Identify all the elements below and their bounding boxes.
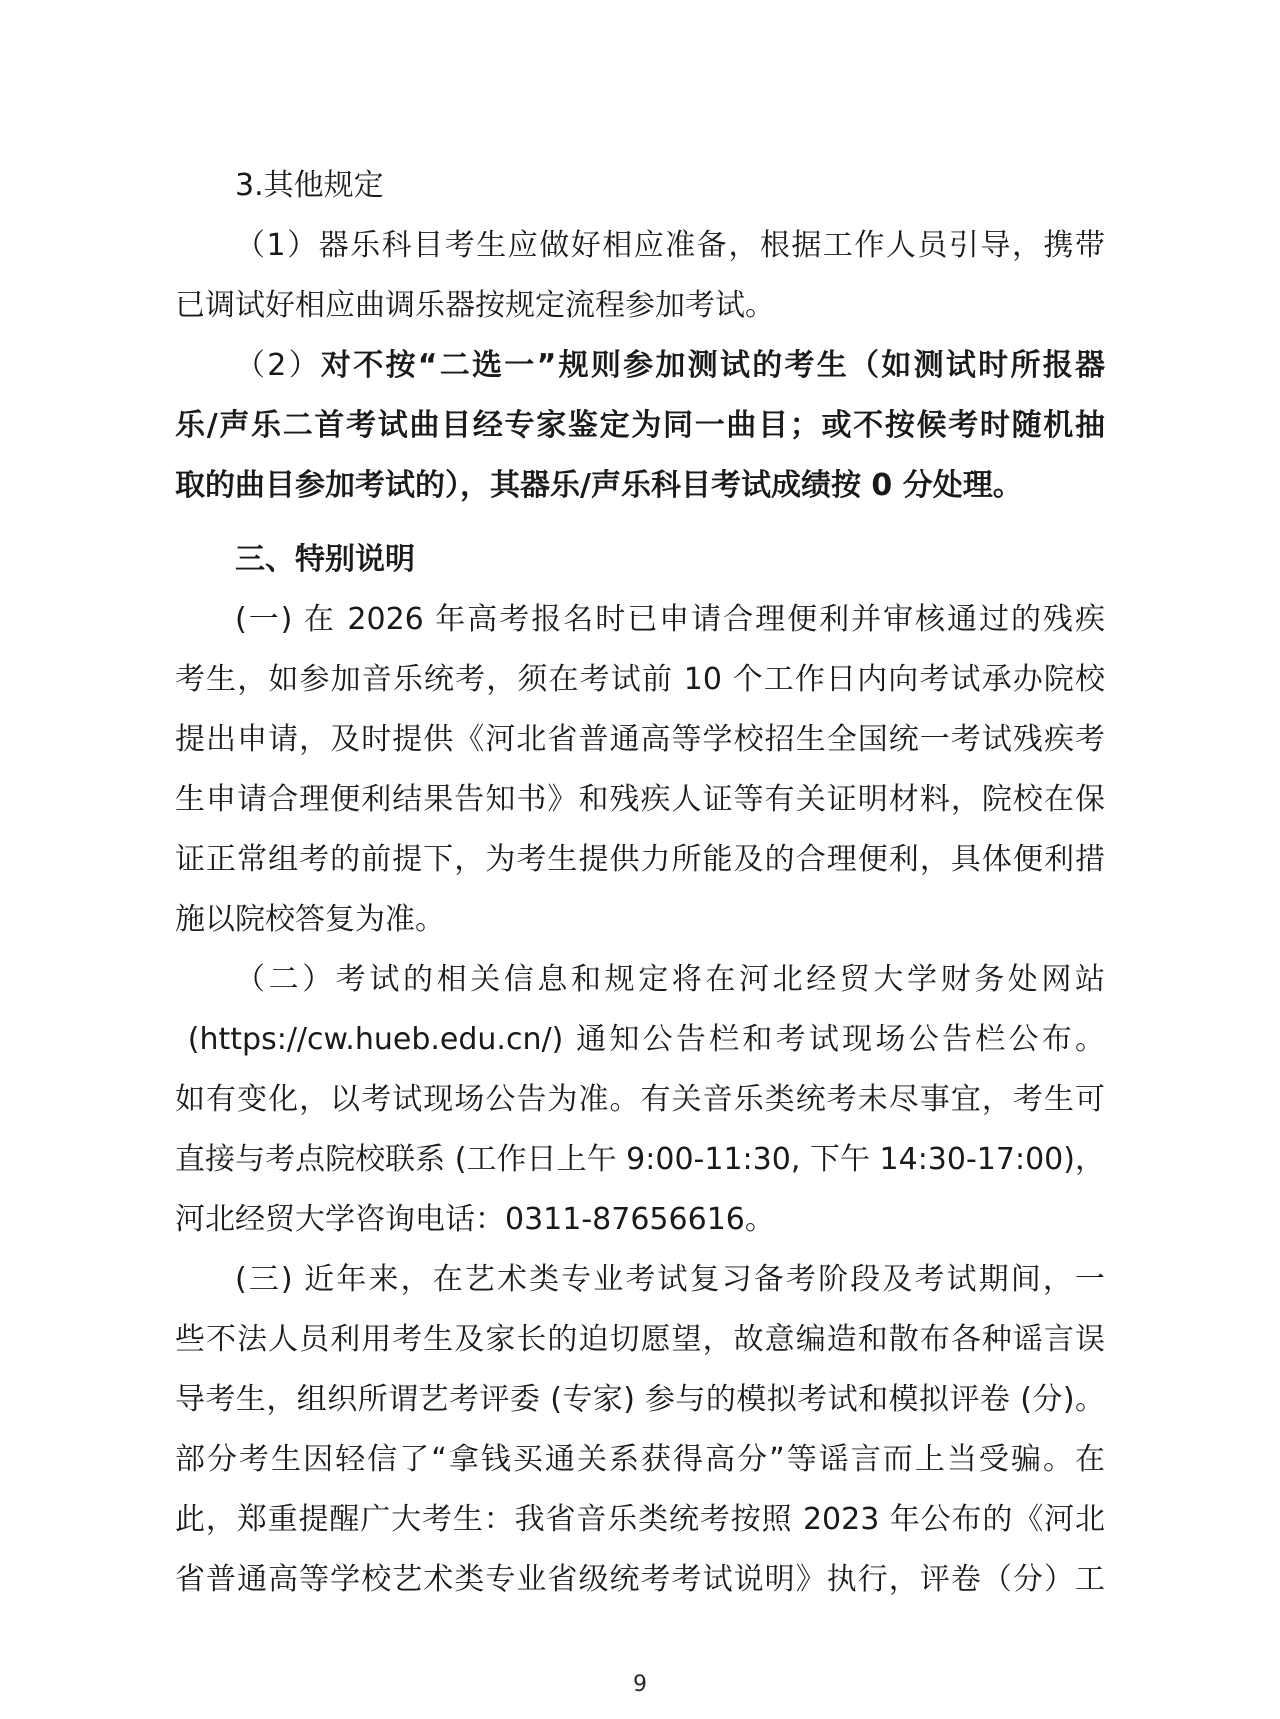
text-line: 三、特别说明	[175, 530, 1105, 590]
text-line: (https://cw.hueb.edu.cn/) 通知公告栏和考试现场公告栏公…	[175, 1010, 1105, 1070]
text-line: (一) 在 2026 年高考报名时已申请合理便利并审核通过的残疾	[175, 590, 1105, 650]
text-line: 导考生，组织所谓艺考评委 (专家) 参与的模拟考试和模拟评卷 (分)。	[175, 1370, 1105, 1430]
text-line: （2）对不按“二选一”规则参加测试的考生（如测试时所报器	[175, 336, 1105, 396]
text-line: 如有变化，以考试现场公告为准。有关音乐类统考未尽事宜，考生可	[175, 1070, 1105, 1130]
text-line: 证正常组考的前提下，为考生提供力所能及的合理便利，具体便利措	[175, 830, 1105, 890]
text-line: 此，郑重提醒广大考生：我省音乐类统考按照 2023 年公布的《河北	[175, 1490, 1105, 1550]
text-line: 提出申请，及时提供《河北省普通高等学校招生全国统一考试残疾考	[175, 710, 1105, 770]
page-footer: 9	[0, 1672, 1280, 1697]
text-line: 施以院校答复为准。	[175, 890, 1105, 950]
line-prefix: （2）	[235, 348, 321, 383]
text-line: （1）器乐科目考生应做好相应准备，根据工作人员引导，携带	[175, 216, 1105, 276]
paragraph: （二）考试的相关信息和规定将在河北经贸大学财务处网站 (https://cw.h…	[175, 950, 1105, 1250]
text-line: （二）考试的相关信息和规定将在河北经贸大学财务处网站	[175, 950, 1105, 1010]
text-line: 生申请合理便利结果告知书》和残疾人证等有关证明材料，院校在保	[175, 770, 1105, 830]
paragraph: (一) 在 2026 年高考报名时已申请合理便利并审核通过的残疾考生，如参加音乐…	[175, 590, 1105, 950]
text-line: 部分考生因轻信了“拿钱买通关系获得高分”等谣言而上当受骗。在	[175, 1430, 1105, 1490]
text-line: 河北经贸大学咨询电话：0311-87656616。	[175, 1190, 1105, 1250]
paragraph: 三、特别说明	[175, 530, 1105, 590]
text-line: 3.其他规定	[175, 156, 1105, 216]
text-line: 直接与考点院校联系 (工作日上午 9:00-11:30, 下午 14:30-17…	[175, 1130, 1105, 1190]
text-line: 考生，如参加音乐统考，须在考试前 10 个工作日内向考试承办院校	[175, 650, 1105, 710]
text-line: 些不法人员利用考生及家长的迫切愿望，故意编造和散布各种谣言误	[175, 1310, 1105, 1370]
text-line: 乐/声乐二首考试曲目经专家鉴定为同一曲目；或不按候考时随机抽	[175, 396, 1105, 456]
document-page: 3.其他规定（1）器乐科目考生应做好相应准备，根据工作人员引导，携带已调试好相应…	[0, 0, 1280, 1719]
paragraph: （1）器乐科目考生应做好相应准备，根据工作人员引导，携带已调试好相应曲调乐器按规…	[175, 216, 1105, 336]
text-line: 已调试好相应曲调乐器按规定流程参加考试。	[175, 276, 1105, 336]
page-number: 9	[633, 1672, 647, 1697]
paragraph: （2）对不按“二选一”规则参加测试的考生（如测试时所报器乐/声乐二首考试曲目经专…	[175, 336, 1105, 516]
text-line: 省普通高等学校艺术类专业省级统考考试说明》执行，评卷（分）工	[175, 1550, 1105, 1610]
line-text: 对不按“二选一”规则参加测试的考生（如测试时所报器	[321, 348, 1105, 383]
text-line: 取的曲目参加考试的），其器乐/声乐科目考试成绩按 0 分处理。	[175, 456, 1105, 516]
paragraph: 3.其他规定	[175, 156, 1105, 216]
document-body: 3.其他规定（1）器乐科目考生应做好相应准备，根据工作人员引导，携带已调试好相应…	[175, 156, 1105, 1610]
text-line: (三) 近年来，在艺术类专业考试复习备考阶段及考试期间，一	[175, 1250, 1105, 1310]
paragraph: (三) 近年来，在艺术类专业考试复习备考阶段及考试期间，一些不法人员利用考生及家…	[175, 1250, 1105, 1610]
